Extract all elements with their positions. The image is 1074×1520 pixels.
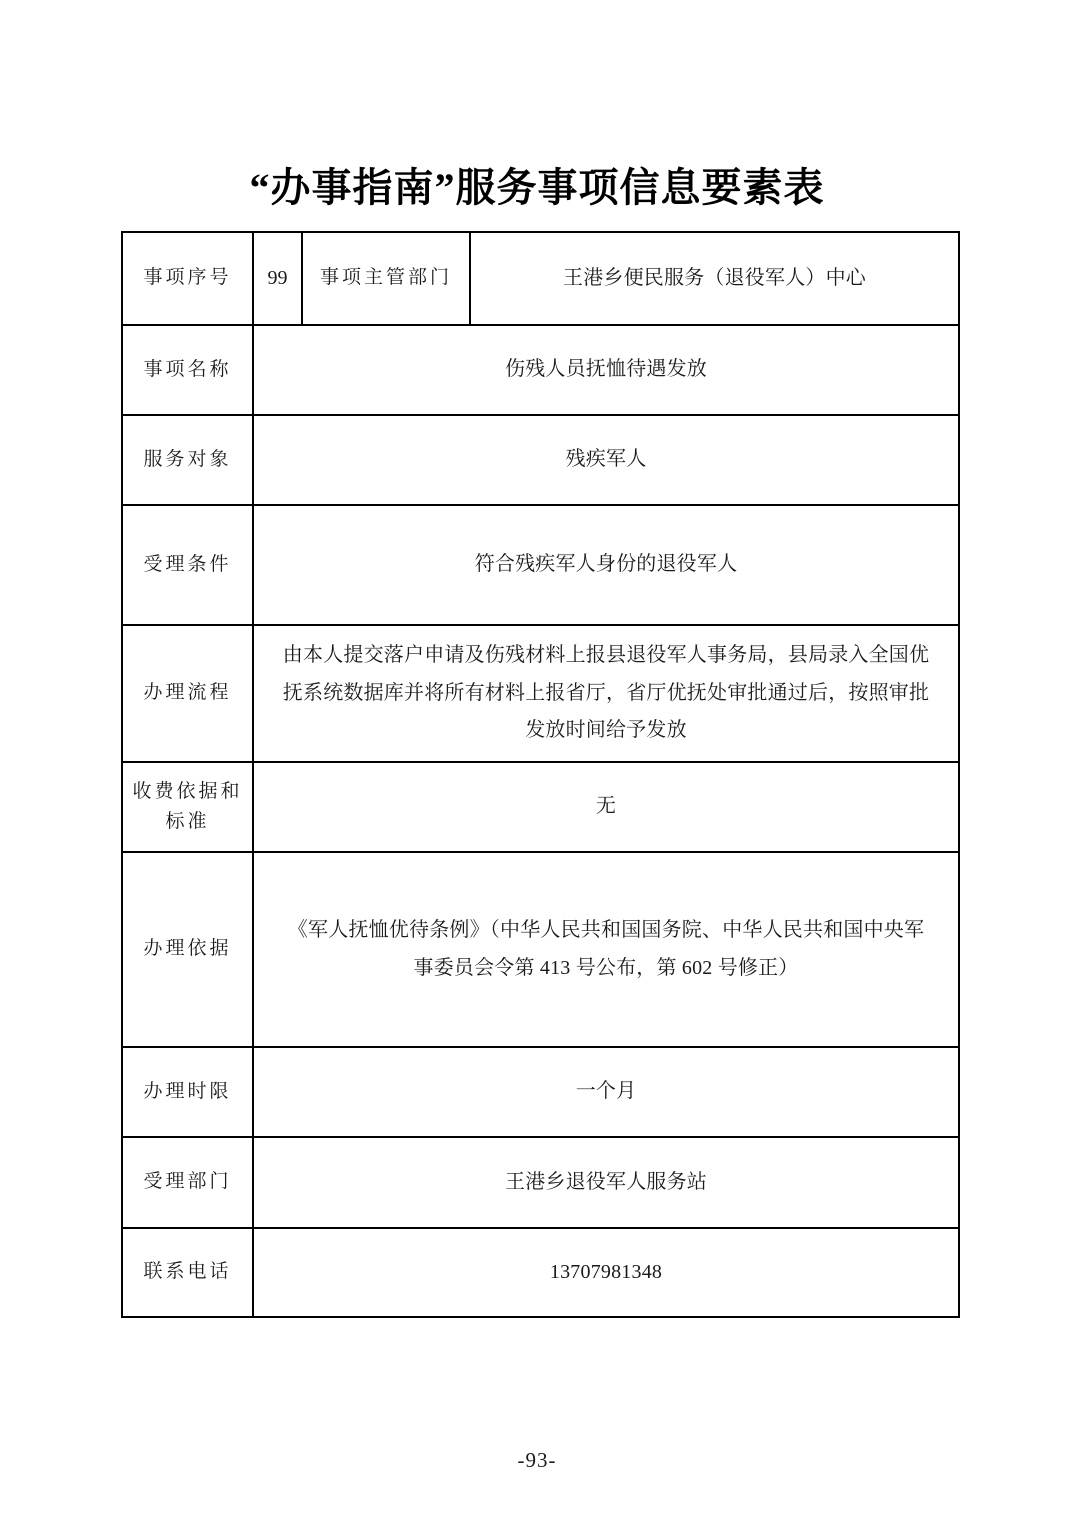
accepting-department-value: 王港乡退役军人服务站 [253,1137,959,1228]
table-row-fee-basis: 收费依据和标准 无 [122,762,959,852]
item-name-value: 伤残人员抚恤待遇发放 [253,325,959,415]
row-label-process: 办理流程 [122,625,253,762]
table-row-accepting-department: 受理部门 王港乡退役军人服务站 [122,1137,959,1228]
page-title: “办事指南”服务事项信息要素表 [0,156,1074,213]
row-label-service-target: 服务对象 [122,415,253,505]
row-label-fee-basis: 收费依据和标准 [122,762,253,852]
table-row-item-number: 事项序号 99 事项主管部门 王港乡便民服务（退役军人）中心 [122,232,959,325]
supervising-department-value: 王港乡便民服务（退役军人）中心 [470,232,959,325]
item-number-value: 99 [253,232,302,325]
row-label-time-limit: 办理时限 [122,1047,253,1137]
table-row-item-name: 事项名称 伤残人员抚恤待遇发放 [122,325,959,415]
contact-phone-value: 13707981348 [253,1228,959,1317]
table-row-service-target: 服务对象 残疾军人 [122,415,959,505]
info-table: 事项序号 99 事项主管部门 王港乡便民服务（退役军人）中心 事项名称 伤残人员… [121,231,960,1318]
service-target-value: 残疾军人 [253,415,959,505]
row-label-supervising-department: 事项主管部门 [302,232,470,325]
legal-basis-value: 《军人抚恤优待条例》（中华人民共和国国务院、中华人民共和国中央军事委员会令第 4… [253,852,959,1047]
row-label-item-number: 事项序号 [122,232,253,325]
row-label-accepting-department: 受理部门 [122,1137,253,1228]
row-label-item-name: 事项名称 [122,325,253,415]
page-number: -93- [0,1448,1074,1473]
document-page: “办事指南”服务事项信息要素表 事项序号 99 事项主管部门 王港乡便民服务（退… [0,0,1074,1520]
table-row-contact-phone: 联系电话 13707981348 [122,1228,959,1317]
row-label-contact-phone: 联系电话 [122,1228,253,1317]
table-row-time-limit: 办理时限 一个月 [122,1047,959,1137]
time-limit-value: 一个月 [253,1047,959,1137]
table-row-process: 办理流程 由本人提交落户申请及伤残材料上报县退役军人事务局，县局录入全国优抚系统… [122,625,959,762]
fee-basis-value: 无 [253,762,959,852]
table-row-acceptance-conditions: 受理条件 符合残疾军人身份的退役军人 [122,505,959,625]
row-label-legal-basis: 办理依据 [122,852,253,1047]
table-row-legal-basis: 办理依据 《军人抚恤优待条例》（中华人民共和国国务院、中华人民共和国中央军事委员… [122,852,959,1047]
acceptance-conditions-value: 符合残疾军人身份的退役军人 [253,505,959,625]
process-value: 由本人提交落户申请及伤残材料上报县退役军人事务局，县局录入全国优抚系统数据库并将… [253,625,959,762]
row-label-acceptance-conditions: 受理条件 [122,505,253,625]
